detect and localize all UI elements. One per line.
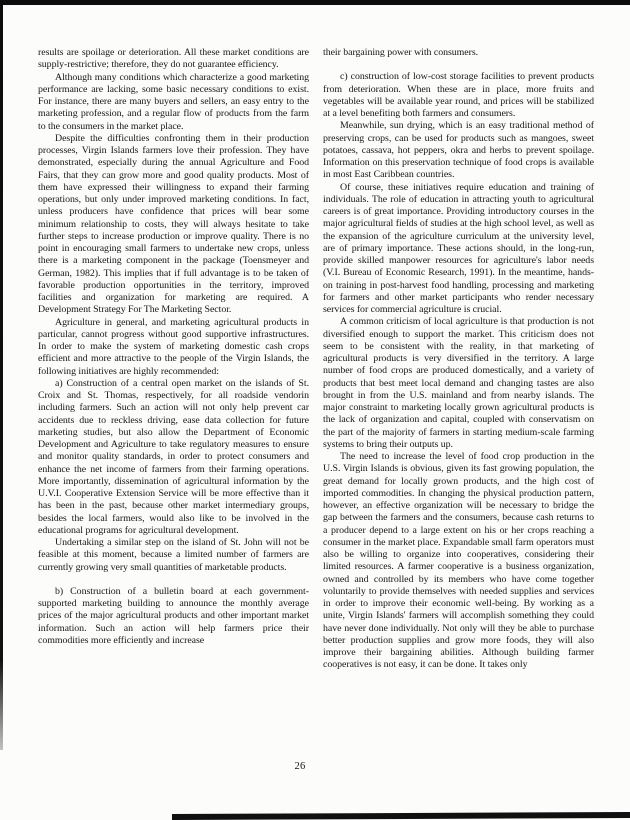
right-column: their bargaining power with consumers.c)… <box>323 47 594 672</box>
paragraph: A common criticism of local agriculture … <box>323 316 594 451</box>
paragraph: Despite the difficulties confronting the… <box>38 133 309 317</box>
page-number: 26 <box>0 761 600 772</box>
paragraph: The need to increase the level of food c… <box>323 451 594 672</box>
paragraph: results are spoilage or deterioration. A… <box>38 47 309 72</box>
scan-edge-top <box>0 0 630 5</box>
paragraph: Although many conditions which character… <box>38 72 309 133</box>
paragraph: Undertaking a similar step on the island… <box>38 537 309 574</box>
left-column: results are spoilage or deterioration. A… <box>38 47 309 672</box>
paragraph: Agriculture in general, and marketing ag… <box>38 317 309 378</box>
paragraph: Of course, these initiatives require edu… <box>323 182 594 317</box>
scan-edge-bottom <box>172 812 630 820</box>
paragraph: c) construction of low-cost storage faci… <box>323 71 594 120</box>
two-column-text: results are spoilage or deterioration. A… <box>38 47 594 672</box>
scanned-document-page: results are spoilage or deterioration. A… <box>0 0 630 820</box>
paragraph: their bargaining power with consumers. <box>323 47 594 59</box>
paragraph: b) Construction of a bulletin board at e… <box>38 586 309 647</box>
paragraph: Meanwhile, sun drying, which is an easy … <box>323 120 594 181</box>
paragraph: a) Construction of a central open market… <box>38 378 309 537</box>
scan-edge-left <box>0 0 3 750</box>
